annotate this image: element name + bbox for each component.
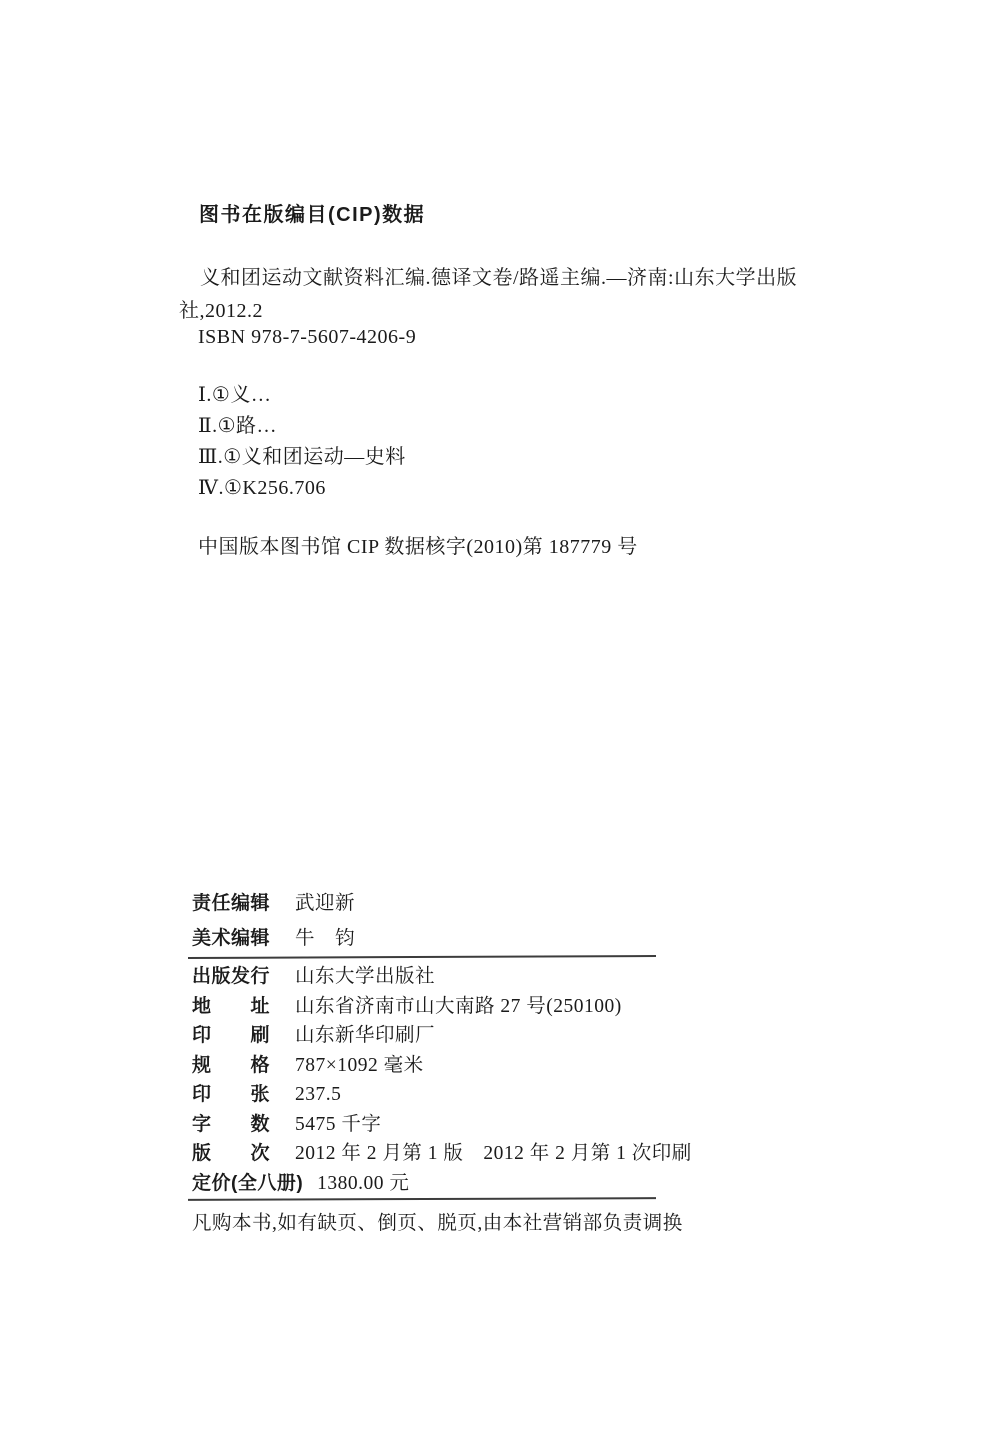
detail-value: 237.5 [295, 1080, 341, 1110]
detail-label: 版 次 [192, 1139, 281, 1169]
cip-record-number: 中国版本图书馆 CIP 数据核字(2010)第 187779 号 [198, 530, 638, 559]
editor-name: 牛 钧 [295, 921, 355, 956]
copyright-page: 图书在版编目(CIP)数据 义和团运动文献资料汇编.德译文卷/路遥主编.—济南:… [0, 0, 1008, 1439]
detail-value: 1380.00 元 [317, 1169, 409, 1199]
detail-value: 山东省济南市山大南路 27 号(250100) [295, 992, 622, 1022]
editors-block: 责任编辑 武迎新 美术编辑 牛 钧 [192, 886, 355, 956]
detail-row: 规 格 787×1092 毫米 [192, 1051, 692, 1081]
detail-label: 地 址 [192, 992, 281, 1022]
editor-role-label: 美术编辑 [192, 921, 281, 956]
classification-item-1: Ⅰ.①义… [198, 380, 406, 411]
detail-label: 出版发行 [192, 962, 281, 992]
detail-row: 印 刷 山东新华印刷厂 [192, 1021, 692, 1051]
detail-value: 山东新华印刷厂 [295, 1021, 435, 1051]
cip-classification-list: Ⅰ.①义… Ⅱ.①路… Ⅲ.①义和团运动—史料 Ⅳ.①K256.706 [198, 380, 406, 504]
detail-value: 787×1092 毫米 [295, 1051, 424, 1081]
detail-row: 定价(全八册) 1380.00 元 [192, 1169, 692, 1199]
publication-details-block: 出版发行 山东大学出版社 地 址 山东省济南市山大南路 27 号(250100)… [192, 962, 692, 1198]
classification-item-2: Ⅱ.①路… [198, 411, 406, 442]
editor-role-label: 责任编辑 [192, 886, 281, 921]
detail-label: 字 数 [192, 1110, 281, 1140]
detail-value: 5475 千字 [295, 1110, 381, 1140]
purchase-note: 凡购本书,如有缺页、倒页、脱页,由本社营销部负责调换 [192, 1207, 683, 1235]
classification-item-3: Ⅲ.①义和团运动—史料 [198, 442, 406, 473]
divider [188, 1197, 656, 1201]
cip-entry: 义和团运动文献资料汇编.德译文卷/路遥主编.—济南:山东大学出版社,2012.2 [179, 262, 827, 328]
detail-value: 山东大学出版社 [295, 962, 435, 992]
detail-row: 出版发行 山东大学出版社 [192, 962, 692, 992]
detail-label: 印 张 [192, 1080, 281, 1110]
detail-label: 印 刷 [192, 1021, 281, 1051]
detail-row: 字 数 5475 千字 [192, 1110, 692, 1140]
cip-heading: 图书在版编目(CIP)数据 [199, 198, 425, 227]
detail-row: 印 张 237.5 [192, 1080, 692, 1110]
detail-value: 2012 年 2 月第 1 版 2012 年 2 月第 1 次印刷 [295, 1139, 692, 1169]
detail-row: 版 次 2012 年 2 月第 1 版 2012 年 2 月第 1 次印刷 [192, 1139, 692, 1169]
detail-label: 规 格 [192, 1051, 281, 1081]
isbn-line: ISBN 978-7-5607-4206-9 [198, 326, 416, 349]
editor-name: 武迎新 [295, 886, 355, 921]
classification-item-4: Ⅳ.①K256.706 [198, 473, 406, 504]
detail-row: 地 址 山东省济南市山大南路 27 号(250100) [192, 992, 692, 1022]
detail-label: 定价(全八册) [192, 1169, 303, 1199]
editor-row: 美术编辑 牛 钧 [192, 921, 355, 956]
editor-row: 责任编辑 武迎新 [192, 886, 355, 921]
